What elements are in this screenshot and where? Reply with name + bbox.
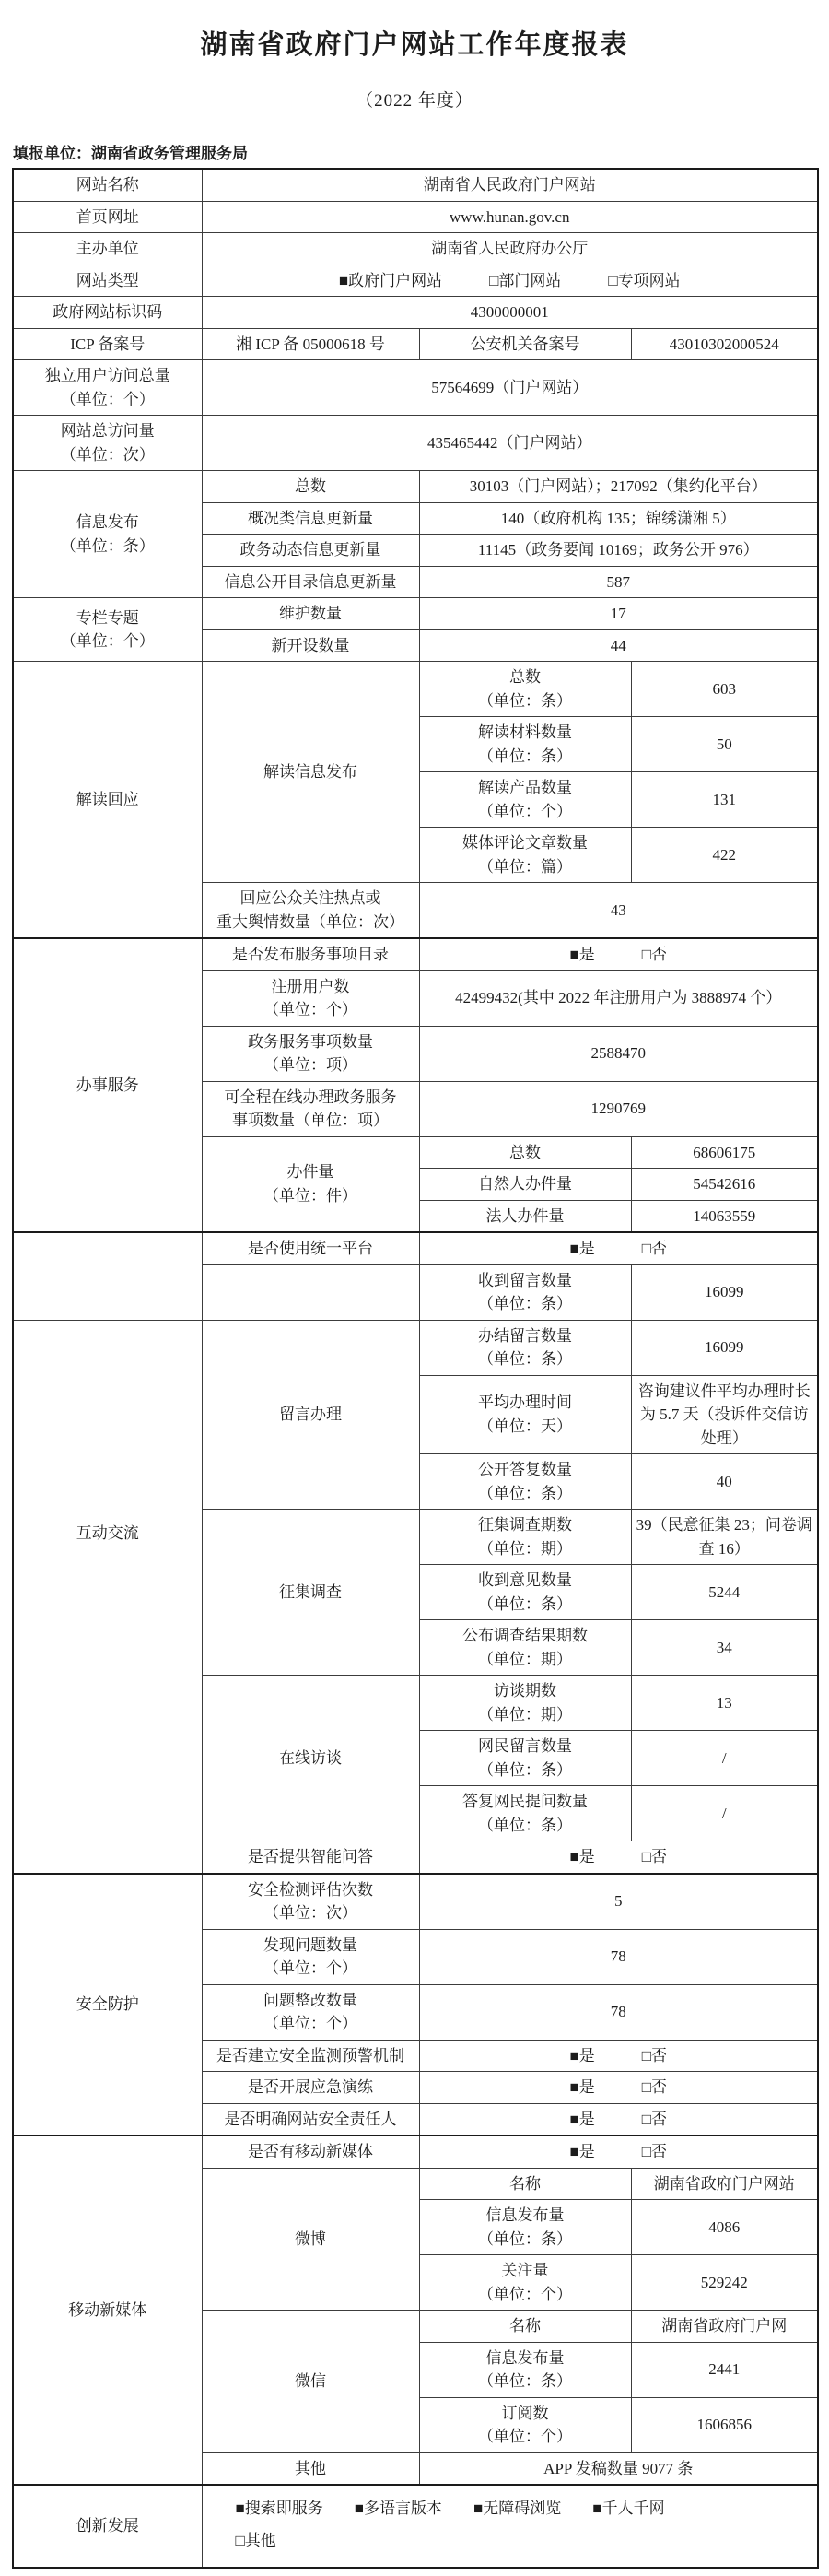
- checkbox-unified-platform: ■是 □否: [419, 1232, 818, 1264]
- label-total: 总数: [202, 471, 419, 503]
- section-label-new-media: 移动新媒体: [13, 2135, 202, 2485]
- value-interview-periods: 13: [631, 1676, 818, 1731]
- label-site-type: 网站类型: [13, 265, 202, 297]
- label-legal-cases: 法人办件量: [419, 1200, 631, 1232]
- table-row: 独立用户访问总量 （单位：个）57564699（门户网站）: [13, 360, 818, 416]
- label-service-catalog: 是否发布服务事项目录: [202, 938, 419, 970]
- label-icp-number: ICP 备案号: [13, 328, 202, 360]
- table-row: 网站类型■政府门户网站 □部门网站 □专项网站: [13, 265, 818, 297]
- table-row: 移动新媒体是否有移动新媒体■是 □否: [13, 2135, 818, 2168]
- label-warning-mechanism: 是否建立安全监测预警机制: [202, 2040, 419, 2072]
- label-unique-visitors: 独立用户访问总量 （单位：个）: [13, 360, 202, 416]
- label-issues-found: 发现问题数量 （单位：个）: [202, 1929, 419, 1984]
- table-row: 安全防护安全检测评估次数 （单位：次）5: [13, 1874, 818, 1930]
- label-person-cases: 自然人办件量: [419, 1169, 631, 1201]
- value-unique-visitors: 57564699（门户网站）: [202, 360, 818, 416]
- table-row: 网站名称湖南省人民政府门户网站: [13, 169, 818, 201]
- innovation-options: ■搜索即服务 ■多语言版本 ■无障碍浏览 ■千人千网 □其他__________…: [202, 2485, 818, 2568]
- value-wechat-subscribers: 1606856: [631, 2397, 818, 2452]
- value-disclosure-updates: 587: [419, 566, 818, 598]
- value-overview-updates: 140（政府机构 135；锦绣潇湘 5）: [419, 502, 818, 535]
- label-site-id-code: 政府网站标识码: [13, 297, 202, 329]
- label-case-volume: 办件量 （单位：件）: [202, 1136, 419, 1232]
- label-netizen-messages: 网民留言数量 （单位：条）: [419, 1731, 631, 1786]
- value-survey-periods: 39（民意征集 23；问卷调查 16）: [631, 1510, 818, 1565]
- label-online-items: 可全程在线办理政务服务 事项数量（单位：项）: [202, 1081, 419, 1136]
- label-online-interviews: 在线访谈: [202, 1676, 419, 1841]
- label-emergency-drill: 是否开展应急演练: [202, 2072, 419, 2104]
- label-wechat-subscribers: 订阅数 （单位：个）: [419, 2397, 631, 2452]
- label-opinions-received: 收到意见数量 （单位：条）: [419, 1565, 631, 1620]
- table-row: ICP 备案号湘 ICP 备 05000618 号公安机关备案号43010302…: [13, 328, 818, 360]
- label-total-visits: 网站总访问量 （单位：次）: [13, 416, 202, 471]
- section-label-interpretation: 解读回应: [13, 662, 202, 939]
- label-messages-received: 收到留言数量 （单位：条）: [419, 1264, 631, 1320]
- table-row: 解读回应解读信息发布总数 （单位：条）603: [13, 662, 818, 717]
- value-homepage-url: www.hunan.gov.cn: [202, 201, 818, 233]
- value-public-replies: 40: [631, 1454, 818, 1510]
- value-weibo-followers: 529242: [631, 2255, 818, 2311]
- value-site-name: 湖南省人民政府门户网站: [202, 169, 818, 201]
- value-messages-received: 16099: [631, 1264, 818, 1320]
- label-gov-news-updates: 政务动态信息更新量: [202, 535, 419, 567]
- label-wechat-posts: 信息发布量 （单位：条）: [419, 2342, 631, 2397]
- value-security-checks: 5: [419, 1874, 818, 1930]
- value-issues-fixed: 78: [419, 1984, 818, 2040]
- value-icp-number: 湘 ICP 备 05000618 号: [202, 328, 419, 360]
- label-overview-updates: 概况类信息更新量: [202, 502, 419, 535]
- checkbox-smart-qa: ■是 □否: [419, 1841, 818, 1874]
- report-table-body: 网站名称湖南省人民政府门户网站首页网址www.hunan.gov.cn主办单位湖…: [13, 169, 818, 2568]
- site-type-options: ■政府门户网站 □部门网站 □专项网站: [202, 265, 818, 297]
- table-row: 是否使用统一平台■是 □否: [13, 1232, 818, 1264]
- value-total-visits: 435465442（门户网站）: [202, 416, 818, 471]
- label-case-total: 总数: [419, 1136, 631, 1169]
- label-registered-users: 注册用户数 （单位：个）: [202, 970, 419, 1026]
- table-row: 主办单位湖南省人民政府办公厅: [13, 233, 818, 265]
- label-public-replies: 公开答复数量 （单位：条）: [419, 1454, 631, 1510]
- checkbox-has-new-media: ■是 □否: [419, 2135, 818, 2168]
- label-other-media: 其他: [202, 2452, 419, 2485]
- checkbox-warning-mechanism: ■是 □否: [419, 2040, 818, 2072]
- label-interp-total: 总数 （单位：条）: [419, 662, 631, 717]
- label-weibo-posts: 信息发布量 （单位：条）: [419, 2200, 631, 2255]
- label-interview-periods: 访谈期数 （单位：期）: [419, 1676, 631, 1731]
- label-survey-periods: 征集调查期数 （单位：期）: [419, 1510, 631, 1565]
- label-homepage-url: 首页网址: [13, 201, 202, 233]
- value-other-media: APP 发稿数量 9077 条: [419, 2452, 818, 2485]
- value-case-total: 68606175: [631, 1136, 818, 1169]
- value-online-items: 1290769: [419, 1081, 818, 1136]
- label-interpretation-publish: 解读信息发布: [202, 662, 419, 883]
- table-row: 专栏专题 （单位：个）维护数量17: [13, 598, 818, 630]
- label-has-new-media: 是否有移动新媒体: [202, 2135, 419, 2168]
- value-opinions-received: 5244: [631, 1565, 818, 1620]
- value-wechat-name: 湖南省政府门户网: [631, 2311, 818, 2343]
- value-legal-cases: 14063559: [631, 1200, 818, 1232]
- label-interp-products: 解读产品数量 （单位：个）: [419, 772, 631, 828]
- table-row: 办事服务是否发布服务事项目录■是 □否: [13, 938, 818, 970]
- label-weibo-name: 名称: [419, 2168, 631, 2200]
- value-messages-resolved: 16099: [631, 1320, 818, 1375]
- reporting-unit: 填报单位：湖南省政务管理服务局: [13, 140, 817, 163]
- empty-cell: [13, 1232, 202, 1320]
- label-host-unit: 主办单位: [13, 233, 202, 265]
- value-info-total: 30103（门户网站）；217092（集约化平台）: [419, 471, 818, 503]
- label-wechat: 微信: [202, 2311, 419, 2453]
- value-hot-response: 43: [419, 883, 818, 939]
- label-media-articles: 媒体评论文章数量 （单位：篇）: [419, 828, 631, 883]
- label-avg-handle-time: 平均办理时间 （单位：天）: [419, 1375, 631, 1454]
- section-label-info-publish: 信息发布 （单位：条）: [13, 471, 202, 598]
- label-results-published: 公布调查结果期数 （单位：期）: [419, 1620, 631, 1676]
- value-person-cases: 54542616: [631, 1169, 818, 1201]
- checkbox-emergency-drill: ■是 □否: [419, 2072, 818, 2104]
- value-weibo-posts: 4086: [631, 2200, 818, 2255]
- page-subtitle: （2022 年度）: [12, 87, 817, 112]
- label-police-record: 公安机关备案号: [419, 328, 631, 360]
- table-row: 创新发展■搜索即服务 ■多语言版本 ■无障碍浏览 ■千人千网 □其他______…: [13, 2485, 818, 2568]
- label-maintained-count: 维护数量: [202, 598, 419, 630]
- value-maintained-count: 17: [419, 598, 818, 630]
- value-gov-news-updates: 11145（政务要闻 10169；政务公开 976）: [419, 535, 818, 567]
- value-registered-users: 42499432(其中 2022 年注册用户为 3888974 个）: [419, 970, 818, 1026]
- label-security-officer: 是否明确网站安全责任人: [202, 2103, 419, 2135]
- label-hot-response: 回应公众关注热点或 重大舆情数量（单位：次）: [202, 883, 419, 939]
- value-weibo-name: 湖南省政府门户网站: [631, 2168, 818, 2200]
- label-service-items: 政务服务事项数量 （单位：项）: [202, 1026, 419, 1081]
- empty-cell: [202, 1264, 419, 1320]
- label-messages-resolved: 办结留言数量 （单位：条）: [419, 1320, 631, 1375]
- value-new-count: 44: [419, 629, 818, 662]
- value-site-id-code: 4300000001: [202, 297, 818, 329]
- label-wechat-name: 名称: [419, 2311, 631, 2343]
- value-results-published: 34: [631, 1620, 818, 1676]
- report-document: 湖南省政府门户网站工作年度报表 （2022 年度） 填报单位：湖南省政务管理服务…: [0, 0, 829, 2576]
- label-interp-materials: 解读材料数量 （单位：条）: [419, 717, 631, 772]
- section-label-interaction: 互动交流: [13, 1320, 202, 1874]
- section-label-services: 办事服务: [13, 938, 202, 1232]
- table-row: 互动交流留言办理办结留言数量 （单位：条）16099: [13, 1320, 818, 1375]
- report-table: 网站名称湖南省人民政府门户网站首页网址www.hunan.gov.cn主办单位湖…: [12, 168, 819, 2569]
- label-site-name: 网站名称: [13, 169, 202, 201]
- label-security-checks: 安全检测评估次数 （单位：次）: [202, 1874, 419, 1930]
- section-label-innovation: 创新发展: [13, 2485, 202, 2568]
- value-interp-products: 131: [631, 772, 818, 828]
- page-title: 湖南省政府门户网站工作年度报表: [12, 24, 817, 62]
- value-issues-found: 78: [419, 1929, 818, 1984]
- value-service-items: 2588470: [419, 1026, 818, 1081]
- checkbox-service-catalog: ■是 □否: [419, 938, 818, 970]
- label-netizen-replies: 答复网民提问数量 （单位：条）: [419, 1786, 631, 1841]
- label-disclosure-updates: 信息公开目录信息更新量: [202, 566, 419, 598]
- value-host-unit: 湖南省人民政府办公厅: [202, 233, 818, 265]
- section-label-security: 安全防护: [13, 1874, 202, 2136]
- label-issues-fixed: 问题整改数量 （单位：个）: [202, 1984, 419, 2040]
- value-interp-total: 603: [631, 662, 818, 717]
- value-netizen-replies: /: [631, 1786, 818, 1841]
- section-label-columns: 专栏专题 （单位：个）: [13, 598, 202, 662]
- table-row: 网站总访问量 （单位：次）435465442（门户网站）: [13, 416, 818, 471]
- value-wechat-posts: 2441: [631, 2342, 818, 2397]
- label-smart-qa: 是否提供智能问答: [202, 1841, 419, 1874]
- value-media-articles: 422: [631, 828, 818, 883]
- table-row: 信息发布 （单位：条）总数30103（门户网站）；217092（集约化平台）: [13, 471, 818, 503]
- value-police-record: 43010302000524: [631, 328, 818, 360]
- value-netizen-messages: /: [631, 1731, 818, 1786]
- table-row: 首页网址www.hunan.gov.cn: [13, 201, 818, 233]
- value-interp-materials: 50: [631, 717, 818, 772]
- label-weibo-followers: 关注量 （单位：个）: [419, 2255, 631, 2311]
- label-weibo: 微博: [202, 2168, 419, 2311]
- checkbox-security-officer: ■是 □否: [419, 2103, 818, 2135]
- table-row: 政府网站标识码4300000001: [13, 297, 818, 329]
- label-surveys: 征集调查: [202, 1510, 419, 1676]
- label-new-count: 新开设数量: [202, 629, 419, 662]
- label-unified-platform: 是否使用统一平台: [202, 1232, 419, 1264]
- value-avg-handle-time: 咨询建议件平均办理时长为 5.7 天（投诉件交信访处理）: [631, 1375, 818, 1454]
- label-message-handling: 留言办理: [202, 1320, 419, 1510]
